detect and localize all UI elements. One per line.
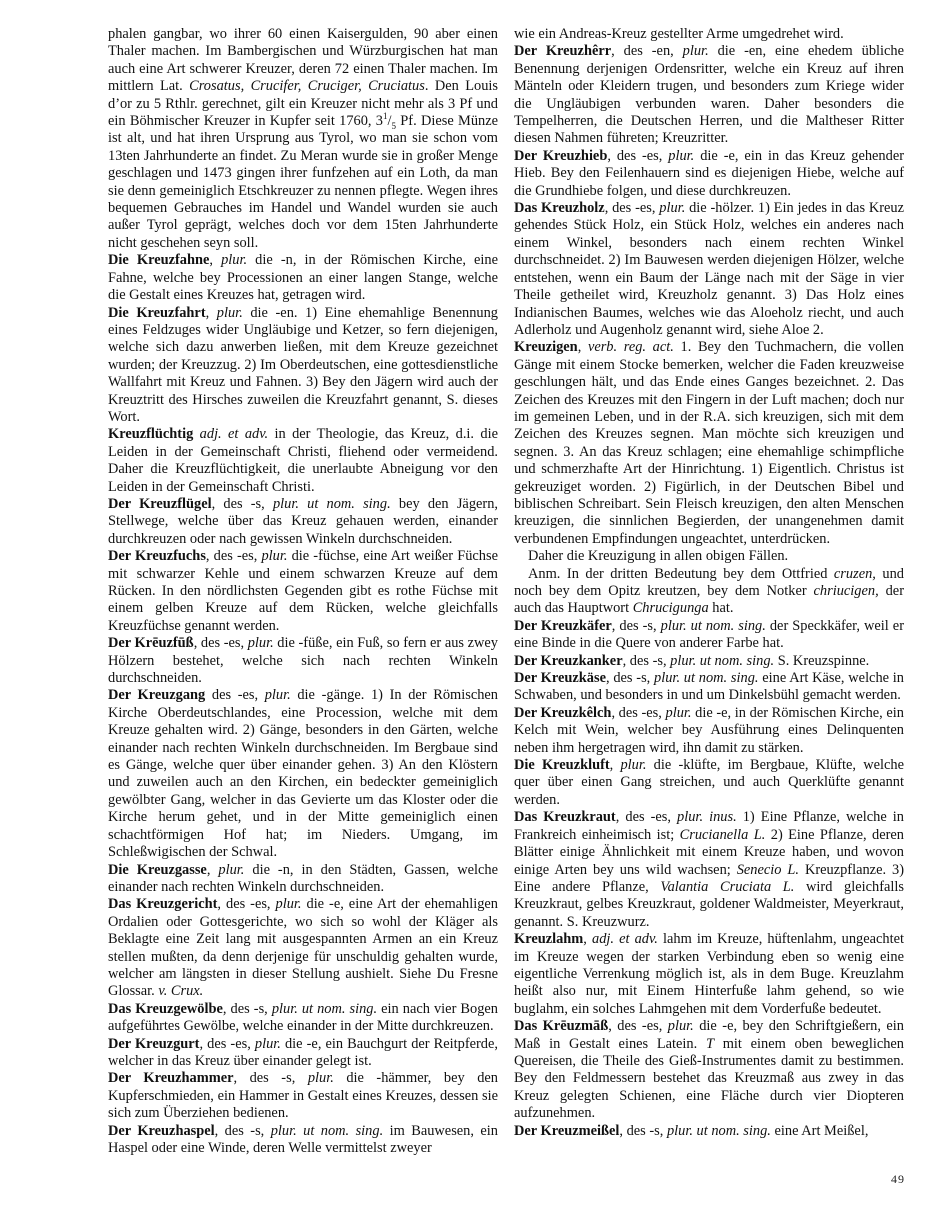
italic-text: plur. ut nom. sing.: [661, 618, 766, 634]
italic-text: plur.: [218, 862, 244, 878]
dictionary-entry: Anm. In der dritten Bedeutung bey dem Ot…: [514, 566, 904, 618]
italic-text: plur.: [308, 1070, 334, 1086]
entry-text: ,: [207, 862, 219, 878]
entry-headword: Der Kreuzfuchs: [108, 548, 206, 564]
italic-text: plur.: [666, 705, 692, 721]
entry-headword: Der Kreuzhaspel: [108, 1123, 215, 1139]
entry-text: Pf. Diese Münze ist alt, und hat ihren U…: [108, 113, 498, 251]
entry-headword: Der Kreuzkanker: [514, 653, 623, 669]
entry-headword: Der Kreuzflügel: [108, 496, 212, 512]
dictionary-entry: wie ein Andreas-Kreuz gestellter Arme um…: [514, 26, 904, 43]
italic-text: plur.: [668, 148, 694, 164]
italic-text: plur.: [261, 548, 287, 564]
italic-text: plur.: [265, 687, 291, 703]
dictionary-entry: Kreuzflüchtig adj. et adv. in der Theolo…: [108, 426, 498, 496]
italic-text: cruzen,: [834, 566, 876, 582]
entry-headword: Das Kreuzgericht: [108, 896, 217, 912]
entry-text: , des -s,: [215, 1123, 271, 1139]
dictionary-entry: Daher die Kreuzigung in allen obigen Fäl…: [514, 548, 904, 565]
dictionary-entry: Der Krēuzfūß, des -es, plur. die -füße, …: [108, 635, 498, 687]
dictionary-entry: Das Kreuzgewölbe, des -s, plur. ut nom. …: [108, 1001, 498, 1036]
entry-text: , des -es,: [206, 548, 262, 564]
entry-text: , des -s,: [619, 1123, 667, 1139]
entry-headword: Die Kreuzfahrt: [108, 305, 206, 321]
dictionary-entry: Der Kreuzhêrr, des -en, plur. die -en, e…: [514, 43, 904, 147]
entry-headword: Das Krēuzmāß: [514, 1018, 608, 1034]
dictionary-entry: Das Kreuzkraut, des -es, plur. inus. 1) …: [514, 809, 904, 931]
dictionary-entry: Der Kreuzflügel, des -s, plur. ut nom. s…: [108, 496, 498, 548]
entry-headword: Die Kreuzgasse: [108, 862, 207, 878]
entry-text: , des -es,: [194, 635, 248, 651]
italic-text: Crosatus, Crucifer, Cruciger, Cruciatus: [189, 78, 425, 94]
dictionary-entry: Der Kreuzkäfer, des -s, plur. ut nom. si…: [514, 618, 904, 653]
entry-headword: Der Kreuzkäfer: [514, 618, 612, 634]
entry-headword: Der Kreuzkêlch: [514, 705, 611, 721]
italic-text: adj. et adv.: [592, 931, 658, 947]
entry-text: ,: [583, 931, 592, 947]
left-column: phalen gangbar, wo ihrer 60 einen Kaiser…: [108, 26, 498, 1157]
italic-text: plur. ut nom. sing.: [271, 1123, 383, 1139]
italic-text: chriucigen,: [814, 583, 879, 599]
entry-headword: Das Kreuzgewölbe: [108, 1001, 223, 1017]
italic-text: Crucianella L.: [680, 827, 766, 843]
entry-text: ,: [610, 757, 621, 773]
dictionary-entry: Der Kreuzhieb, des -es, plur. die -e, ei…: [514, 148, 904, 200]
entry-headword: Kreuzigen: [514, 339, 578, 355]
entry-text: Anm. In der dritten Bedeutung bey dem Ot…: [528, 566, 834, 582]
italic-text: plur.: [255, 1036, 281, 1052]
italic-text: plur.: [217, 305, 243, 321]
dictionary-entry: Der Kreuzmeißel, des -s, plur. ut nom. s…: [514, 1123, 904, 1140]
italic-text: plur. ut nom. sing.: [273, 496, 391, 512]
entry-text: des -es,: [205, 687, 264, 703]
dictionary-entry: Die Kreuzkluft, plur. die -klüfte, im Be…: [514, 757, 904, 809]
italic-text: v. Crux.: [158, 983, 203, 999]
entry-text: wie ein Andreas-Kreuz gestellter Arme um…: [514, 26, 844, 42]
dictionary-entry: phalen gangbar, wo ihrer 60 einen Kaiser…: [108, 26, 498, 252]
entry-text: die -gänge. 1) In der Römischen Kirche O…: [108, 687, 498, 860]
entry-text: , des -en,: [611, 43, 683, 59]
italic-text: plur.: [276, 896, 302, 912]
entry-text: ,: [209, 252, 221, 268]
entry-headword: Der Kreuzmeißel: [514, 1123, 619, 1139]
dictionary-entry: Der Kreuzgurt, des -es, plur. die -e, ei…: [108, 1036, 498, 1071]
entry-text: , des -s,: [612, 618, 661, 634]
dictionary-entry: Der Kreuzkäse, des -s, plur. ut nom. sin…: [514, 670, 904, 705]
italic-text: plur.: [248, 635, 274, 651]
italic-text: plur.: [659, 200, 685, 216]
italic-text: Valantia Cruciata L.: [660, 879, 794, 895]
entry-text: , des -s,: [233, 1070, 307, 1086]
dictionary-entry: Das Krēuzmāß, des -es, plur. die -e, bey…: [514, 1018, 904, 1122]
entry-text: , des -s,: [223, 1001, 272, 1017]
entry-text: die -en. 1) Eine ehemahlige Benennung ei…: [108, 305, 498, 425]
entry-text: , des -es,: [199, 1036, 254, 1052]
italic-text: adj. et adv.: [200, 426, 268, 442]
dictionary-entry: Der Kreuzkanker, des -s, plur. ut nom. s…: [514, 653, 904, 670]
dictionary-entry: Der Kreuzgang des -es, plur. die -gänge.…: [108, 687, 498, 861]
italic-text: plur.: [620, 757, 646, 773]
entry-text: , des -s,: [606, 670, 654, 686]
page-number: 49: [891, 1172, 905, 1187]
entry-text: hat.: [709, 600, 734, 616]
entry-text: die -hölzer. 1) Ein jedes in das Kreuz g…: [514, 200, 904, 338]
entry-headword: Der Kreuzhêrr: [514, 43, 611, 59]
dictionary-page: phalen gangbar, wo ihrer 60 einen Kaiser…: [108, 26, 904, 1157]
dictionary-entry: Der Kreuzfuchs, des -es, plur. die -füch…: [108, 548, 498, 635]
dictionary-entry: Der Kreuzkêlch, des -es, plur. die -e, i…: [514, 705, 904, 757]
entry-headword: Kreuzflüchtig: [108, 426, 193, 442]
entry-text: , des -s,: [623, 653, 671, 669]
italic-text: Senecio L.: [737, 862, 799, 878]
entry-text: eine Art Meißel,: [771, 1123, 869, 1139]
dictionary-entry: Die Kreuzgasse, plur. die -n, in den Stä…: [108, 862, 498, 897]
entry-headword: Der Kreuzgurt: [108, 1036, 199, 1052]
italic-text: plur.: [221, 252, 247, 268]
italic-text: verb. reg. act.: [588, 339, 674, 355]
italic-text: plur. ut nom. sing.: [272, 1001, 377, 1017]
entry-text: ,: [578, 339, 588, 355]
entry-headword: Das Kreuzkraut: [514, 809, 616, 825]
entry-headword: Die Kreuzkluft: [514, 757, 610, 773]
entry-headword: Die Kreuzfahne: [108, 252, 209, 268]
dictionary-entry: Das Kreuzgericht, des -es, plur. die -e,…: [108, 896, 498, 1000]
dictionary-entry: Kreuzlahm, adj. et adv. lahm im Kreuze, …: [514, 931, 904, 1018]
italic-text: plur. ut nom. sing.: [670, 653, 774, 669]
entry-headword: Das Kreuzholz: [514, 200, 605, 216]
dictionary-entry: Die Kreuzfahrt, plur. die -en. 1) Eine e…: [108, 305, 498, 427]
dictionary-entry: Der Kreuzhaspel, des -s, plur. ut nom. s…: [108, 1123, 498, 1158]
entry-text: S. Kreuzspinne.: [774, 653, 869, 669]
italic-text: plur. inus.: [677, 809, 737, 825]
dictionary-entry: Kreuzigen, verb. reg. act. 1. Bey den Tu…: [514, 339, 904, 548]
right-column: wie ein Andreas-Kreuz gestellter Arme um…: [514, 26, 904, 1157]
entry-text: , des -es,: [611, 705, 665, 721]
entry-text: , des -es,: [605, 200, 660, 216]
entry-text: , des -s,: [212, 496, 273, 512]
entry-headword: Der Krēuzfūß: [108, 635, 194, 651]
entry-text: Daher die Kreuzigung in allen obigen Fäl…: [528, 548, 788, 564]
dictionary-entry: Der Kreuzhammer, des -s, plur. die -hämm…: [108, 1070, 498, 1122]
entry-headword: Der Kreuzhammer: [108, 1070, 233, 1086]
entry-headword: Der Kreuzgang: [108, 687, 205, 703]
italic-text: T: [706, 1036, 714, 1052]
entry-text: , des -es,: [607, 148, 668, 164]
entry-text: ,: [206, 305, 217, 321]
entry-text: , des -es,: [616, 809, 677, 825]
italic-text: plur.: [668, 1018, 694, 1034]
entry-text: , des -es,: [217, 896, 275, 912]
italic-text: Chrucigunga: [633, 600, 709, 616]
entry-text: 1. Bey den Tuchmachern, die vollen Gänge…: [514, 339, 904, 546]
entry-headword: Der Kreuzhieb: [514, 148, 607, 164]
italic-text: plur.: [683, 43, 709, 59]
entry-headword: Kreuzlahm: [514, 931, 583, 947]
italic-text: plur. ut nom. sing.: [654, 670, 758, 686]
entry-text: , des -es,: [608, 1018, 668, 1034]
italic-text: plur. ut nom. sing.: [667, 1123, 771, 1139]
dictionary-entry: Das Kreuzholz, des -es, plur. die -hölze…: [514, 200, 904, 339]
entry-headword: Der Kreuzkäse: [514, 670, 606, 686]
dictionary-entry: Die Kreuzfahne, plur. die -n, in der Röm…: [108, 252, 498, 304]
